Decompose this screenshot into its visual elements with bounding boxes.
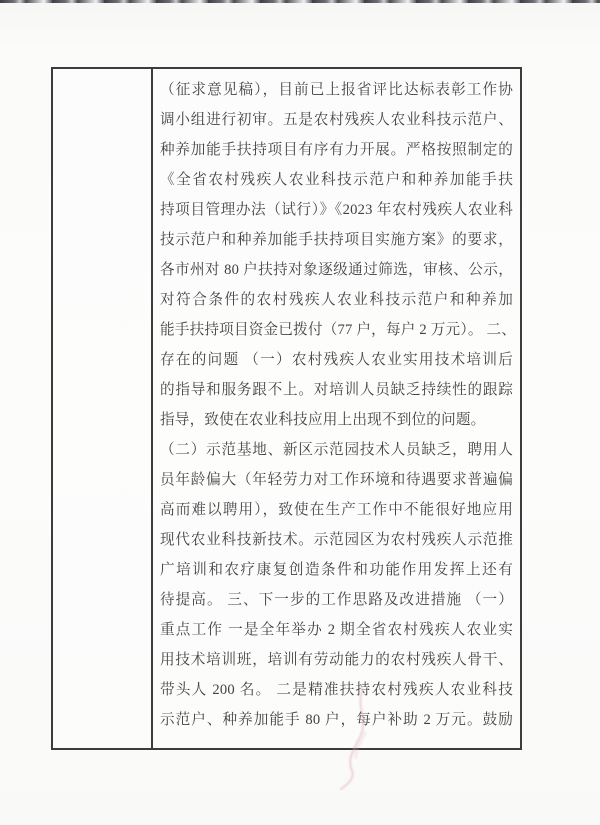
text-line: 调小组进行初审。五是农村残疾人农业科技示范户、 <box>160 105 513 135</box>
text-line: 重点工作 一是全年举办 2 期全省农村残疾人农业实 <box>160 615 513 645</box>
text-line: 技示范户和种养加能手扶持项目实施方案》的要求， <box>160 225 513 255</box>
text-line: 示范户、种养加能手 80 户，每户补助 2 万元。鼓励 <box>160 705 513 735</box>
table-cell-content: （征求意见稿），目前已上报省评比达标表彰工作协 调小组进行初审。五是农村残疾人农… <box>153 69 520 748</box>
text-line: 《全省农村残疾人农业科技示范户和种养加能手扶 <box>160 165 513 195</box>
text-line: 能手扶持项目资金已拨付（77 户，每户 2 万元）。 二、 <box>160 315 513 345</box>
text-line: 持项目管理办法（试行）》《2023 年农村残疾人农业科 <box>160 195 513 225</box>
document-table: （征求意见稿），目前已上报省评比达标表彰工作协 调小组进行初审。五是农村残疾人农… <box>51 67 522 750</box>
text-line: 存在的问题 （一）农村残疾人农业实用技术培训后 <box>160 345 513 375</box>
scanner-edge-artifact <box>0 0 600 3</box>
text-line: 现代农业科技新技术。示范园区为农村残疾人示范推 <box>160 525 513 555</box>
text-line: 种养加能手扶持项目有序有力开展。严格按照制定的 <box>160 135 513 165</box>
text-line: 指导，致使在农业科技应用上出现不到位的问题。 <box>160 405 513 435</box>
text-line: 员年龄偏大（年轻劳力对工作环境和待遇要求普遍偏 <box>160 465 513 495</box>
text-line: （二）示范基地、新区示范园技术人员缺乏，聘用人 <box>160 435 513 465</box>
text-line: 广培训和农疗康复创造条件和功能作用发挥上还有 <box>160 555 513 585</box>
text-line: 带头人 200 名。 二是精准扶持农村残疾人农业科技 <box>160 675 513 705</box>
table-cell-left-empty <box>53 69 153 748</box>
text-line: 的指导和服务跟不上。对培训人员缺乏持续性的跟踪 <box>160 375 513 405</box>
text-line: 各市州对 80 户扶持对象逐级通过筛选，审核、公示， <box>160 255 513 285</box>
text-line: 用技术培训班，培训有劳动能力的农村残疾人骨干、 <box>160 645 513 675</box>
text-line: 对符合条件的农村残疾人农业科技示范户和种养加 <box>160 285 513 315</box>
text-line: （征求意见稿），目前已上报省评比达标表彰工作协 <box>160 75 513 105</box>
text-line: 高而难以聘用），致使在生产工作中不能很好地应用 <box>160 495 513 525</box>
text-line: 待提高。 三、下一步的工作思路及改进措施 （一） <box>160 585 513 615</box>
